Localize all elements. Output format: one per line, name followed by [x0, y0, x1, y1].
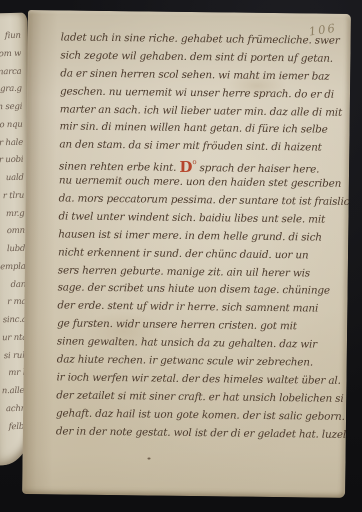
facing-page-fragment: o nqu	[0, 117, 23, 135]
facing-page-fragment: r ma	[0, 294, 27, 312]
facing-page-fragment: empla	[0, 258, 26, 276]
manuscript-photo: fiunom wmarcagra.gch segio nquer haler u…	[0, 0, 362, 512]
facing-page-fragment: sinc.a	[0, 312, 27, 330]
facing-page-fragment: r tlru	[0, 188, 24, 206]
facing-page-fragment: lubd	[0, 241, 25, 259]
text-block: ladet uch in sine riche. gehabet uch frü…	[56, 31, 351, 446]
facing-page-fragment: marca	[0, 63, 22, 81]
rubric-initial: D	[179, 158, 192, 176]
facing-page-fragment: gra.g	[0, 81, 22, 99]
facing-page-fragment: r uobi	[0, 152, 24, 170]
facing-page-fragment: fiun	[0, 28, 21, 46]
facing-page-fragment: uald	[0, 170, 24, 188]
facing-page-fragment: dan	[0, 276, 26, 294]
facing-page-fragment: om w	[0, 46, 21, 64]
text-line: der in der note gestat. wol ist der di e…	[56, 425, 346, 446]
facing-page-fragment: er hale	[0, 134, 23, 152]
manuscript-page: 106 ladet uch in sine riche. gehabet uch…	[22, 10, 351, 498]
ink-speck	[148, 457, 151, 459]
facing-page-fragment: mr.g	[0, 205, 25, 223]
facing-page-fragment: ch segi	[0, 99, 22, 117]
facing-page-fragment: omn	[0, 223, 25, 241]
